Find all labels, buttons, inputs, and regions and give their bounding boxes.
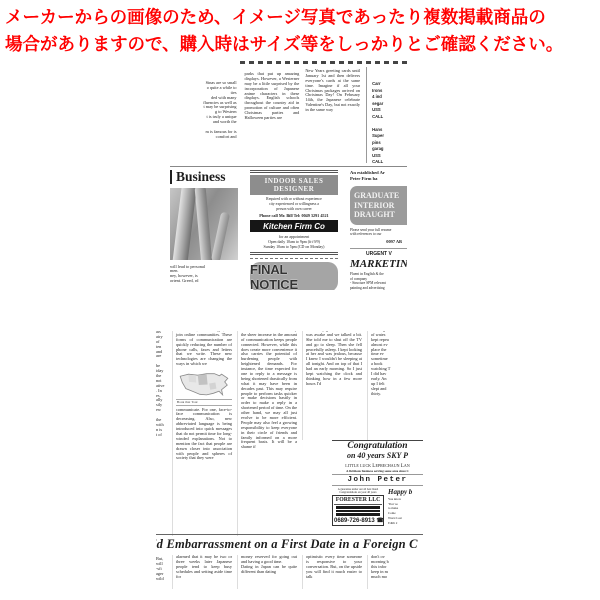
- forester-bar: [336, 513, 380, 515]
- disclaimer-text: メーカーからの画像のため、イメージ写真であったり複数掲載商品の 場合がありますの…: [5, 4, 597, 58]
- happy-birthday-ad: Happy b You know 'You' so to make Come W…: [384, 488, 423, 526]
- embarrassment-headline: id Embarrassment on a First Date in a Fo…: [156, 537, 423, 552]
- emails-paragraph-top: send emails, text messages, and join onl…: [176, 331, 232, 367]
- resume-lines: Please send your full resume with refere…: [350, 228, 407, 237]
- classifieds-column: Carr Irons 4 ind segar USS CALL Hans Sup…: [366, 67, 407, 163]
- article-column-cut-left: Sinas are so small o quite a while to ti…: [170, 67, 237, 163]
- congrats-name: John Peter: [332, 474, 423, 486]
- graduate-interior-box: GRADUATE INTERIOR DRAUGHT: [350, 186, 407, 225]
- congrats-line-4: A fictitious business serving some area …: [332, 469, 423, 473]
- bottom-column-optimistic: optimistic every time someone is respons…: [302, 555, 362, 589]
- business-headline: Business: [170, 170, 240, 184]
- article-fragment-left: als airy of ten and are be iday the not …: [156, 331, 168, 536]
- map-caption: Book that Tour: [176, 399, 232, 405]
- phone-number: 0689-726-8913: [334, 518, 375, 524]
- business-caption: will lead to personal men. ney, however,…: [170, 265, 240, 285]
- newspaper-product-image-2: als airy of ten and are be iday the not …: [156, 331, 423, 589]
- phone-icon: ☎: [376, 518, 383, 524]
- right-ads-column: An established Ar Peter Firm ba GRADUATE…: [350, 170, 407, 290]
- newspaper-product-image-1: Sinas are so small o quite a while to ti…: [170, 57, 407, 290]
- driftwood-shape: [211, 211, 230, 259]
- indoor-sales-phone: Phone call Mr. Bill Tel: 0049 3291 4521: [250, 213, 338, 218]
- emails-paragraph-bottom: communicate. For one, face-to-face commu…: [176, 408, 232, 462]
- article-column-new-years: New Years greeting cards until January 1…: [305, 67, 360, 163]
- reference-code: 0097 AB: [350, 239, 402, 244]
- indoor-sales-ad: INDOOR SALES DESIGNER Required with or w…: [250, 170, 338, 255]
- urgent-label: URGENT V: [366, 251, 407, 257]
- established-lines: An established Ar Peter Firm ba: [350, 170, 407, 182]
- ad-divider: [350, 248, 407, 249]
- congrats-line-2: on 40 years SKY P: [332, 452, 423, 461]
- paper1-article-columns: Sinas are so small o quite a while to ti…: [170, 57, 407, 163]
- paper1-ads-row: Business will lead to personal men. ney,…: [170, 167, 407, 290]
- disclaimer-line-2: 場合がありますので、購入時はサイズ等をしっかりとご確認ください。: [5, 31, 597, 58]
- appointment-line: for an appointment: [250, 234, 338, 239]
- happy-title: Happy b: [388, 488, 423, 496]
- us-map-image: [178, 369, 230, 399]
- paper2-bottom-columns: But, will -sfi ager wild alarmed that it…: [156, 555, 397, 589]
- happy-body: You know 'You' so to make Come Worst Las…: [388, 497, 423, 526]
- torn-text-edge: [240, 61, 407, 64]
- bottom-column-alarmed: alarmed that it may be two or three week…: [172, 555, 232, 589]
- driftwood-shape: [172, 188, 197, 260]
- forester-box: FORESTER LLC 0689-726-8913 ☎: [332, 495, 384, 525]
- forester-title: FORESTER LLC: [334, 497, 382, 505]
- driftwood-shape: [194, 188, 212, 260]
- article-column-parks: parks that put up amazing displays. Howe…: [245, 67, 300, 163]
- congrats-sub-row: A guarantee under our all best listed Co…: [332, 488, 423, 526]
- article-column-emails: send emails, text messages, and join onl…: [172, 331, 232, 536]
- forester-bar: [336, 506, 380, 508]
- indoor-sales-body: Required with or without experience city…: [250, 197, 338, 211]
- us-map-figure: Book that Tour: [176, 369, 232, 405]
- business-photo: [170, 188, 238, 260]
- opening-hours: Open daily 10am to 9pm (fri 9/9) Sunday …: [250, 240, 338, 250]
- indoor-sales-section: INDOOR SALES DESIGNER Required with or w…: [250, 170, 338, 290]
- marketing-headline: MARKETING: [350, 258, 407, 270]
- business-section: Business will lead to personal men. ney,…: [170, 170, 240, 290]
- bottom-fragment-left: But, will -sfi ager wild: [156, 555, 168, 589]
- indoor-sales-title: INDOOR SALES DESIGNER: [250, 175, 338, 195]
- congrats-line-3: little luck Leprechaun Lan: [332, 463, 423, 469]
- headline-divider: [156, 534, 423, 535]
- article-column-grandma: next to my grandma. At first she was awa…: [302, 331, 362, 440]
- bottom-column-money: money reserved for going out and having …: [237, 555, 297, 589]
- marketing-body: Fluent in English & the of company - Str…: [350, 272, 407, 290]
- bottom-fragment-right: don't ov morning b this infor keep in m …: [367, 555, 397, 589]
- congratulations-ad: Congratulation on 40 years SKY P little …: [332, 440, 423, 539]
- disclaimer-line-1: メーカーからの画像のため、イメージ写真であったり複数掲載商品の: [5, 4, 597, 31]
- final-notice-title: FINAL NOTICE: [250, 262, 338, 290]
- kitchen-firm-bar: Kitchen Firm Co: [250, 220, 338, 232]
- forester-phone: 0689-726-8913 ☎: [334, 517, 382, 524]
- forester-ad: A guarantee under our all best listed Co…: [332, 488, 384, 526]
- forester-bar: [336, 510, 380, 512]
- forester-note: A guarantee under our all best listed Co…: [332, 488, 384, 495]
- final-notice-plaque: FINAL NOTICE: [250, 262, 338, 290]
- article-column-members: members or friends move away the sheer i…: [237, 331, 297, 536]
- article-column-cut-right: would go of water. kept repea almost ev …: [367, 331, 423, 440]
- dashed-divider: [250, 258, 338, 259]
